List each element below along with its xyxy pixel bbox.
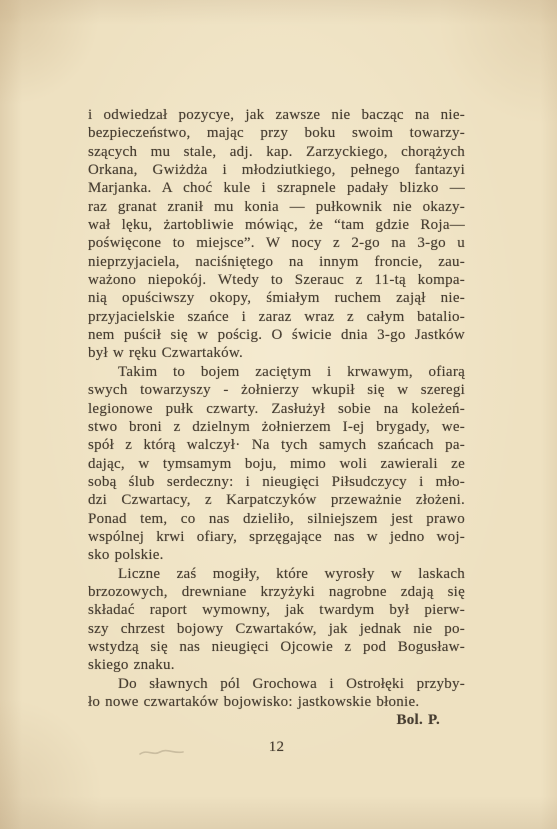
text-line: sko polskie. — [88, 546, 465, 564]
text-line: sobą ślub serdeczny: i nieugięci Piłsudc… — [88, 473, 465, 491]
text-line: Orkana, Gwiżdża i młodziutkiego, pełnego… — [88, 161, 465, 179]
text-line paragraph-start: Liczne zaś mogiły, które wyrosły w laska… — [88, 565, 465, 583]
text-line: wstydzą się nas nieugięci Ojcowie z pod … — [88, 638, 465, 656]
text-line: bezpieczeństwo, mając przy boku swoim to… — [88, 124, 465, 142]
text-line: raz granat zranił mu konia — pułkownik n… — [88, 198, 465, 216]
text-line: składać raport wymowny, jak twardym był … — [88, 601, 465, 619]
pencil-smudge-mark — [138, 745, 186, 759]
text-line: legionowe pułk czwarty. Zasłużył sobie n… — [88, 400, 465, 418]
text-line: dzi Czwartacy, z Karpatczyków przeważnie… — [88, 491, 465, 509]
text-line: Ponad tem, co nas dzieliło, silniejszem … — [88, 510, 465, 528]
text-line: i odwiedzał pozycye, jak zawsze nie bacz… — [88, 106, 465, 124]
text-line: wał lęku, żartobliwie mówiąc, że “tam gd… — [88, 216, 465, 234]
spacer — [88, 730, 465, 738]
scanned-book-page: i odwiedzał pozycye, jak zawsze nie bacz… — [0, 0, 557, 829]
text-line: poświęcone to miejsce”. W nocy z 2-go na… — [88, 234, 465, 252]
text-line: ło nowe czwartaków bojowisko: jastkowski… — [88, 693, 465, 711]
text-line: swych towarzyszy - żołnierzy wkupił się … — [88, 381, 465, 399]
text-line: wspólnej krwi ofiary, sprzęgające nas w … — [88, 528, 465, 546]
text-line: skiego znaku. — [88, 656, 465, 674]
text-line: nieprzyjaciela, naciśniętego na innym fr… — [88, 253, 465, 271]
text-line: przyjacielskie szańce i zaraz wraz z cał… — [88, 308, 465, 326]
text-line: nią opuściwszy okopy, śmiałym ruchem zaj… — [88, 289, 465, 307]
text-line paragraph-start: Takim to bojem zaciętym i krwawym, ofiar… — [88, 363, 465, 381]
text-line: szących mu stale, adj. kap. Zarzyckiego,… — [88, 143, 465, 161]
text-line: stwo broni z dzielnym żołnierzem I-ej br… — [88, 418, 465, 436]
text-line: nem puścił się w pościg. O świcie dnia 3… — [88, 326, 465, 344]
text-line: spół z którą walczył· Na tych samych sza… — [88, 436, 465, 454]
text-line: brzozowych, drewniane krzyżyki nagrobne … — [88, 583, 465, 601]
text-line: był w ręku Czwartaków. — [88, 344, 465, 362]
author-signature: Bol. P. — [88, 711, 465, 729]
text-line: dając, w tymsamym boju, mimo woli zawier… — [88, 455, 465, 473]
text-line paragraph-start: Do sławnych pól Grochowa i Ostrołęki prz… — [88, 675, 465, 693]
body-text: i odwiedzał pozycye, jak zawsze nie bacz… — [88, 106, 465, 756]
text-line: szy chrzest bojowy Czwartaków, jak jedna… — [88, 620, 465, 638]
text-line: ważono niepokój. Wtedy to Szerauc z 11-t… — [88, 271, 465, 289]
text-line: Marjanka. A choć kule i szrapnele padały… — [88, 179, 465, 197]
